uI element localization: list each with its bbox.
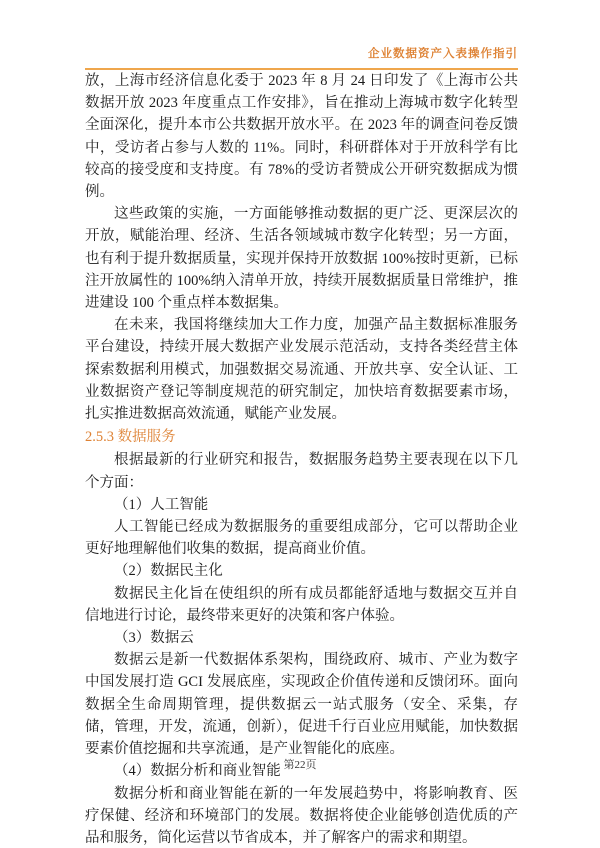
list-item-heading: （1）人工智能 bbox=[85, 494, 518, 516]
paragraph: 数据民主化旨在使组织的所有成员都能舒适地与数据交互并自信地进行讨论，最终带来更好… bbox=[85, 583, 518, 627]
page-footer: 第22页 bbox=[0, 756, 600, 772]
list-item-heading: （3）数据云 bbox=[85, 627, 518, 649]
paragraph-continuation: 放，上海市经济信息化委于 2023 年 8 月 24 日印发了《上海市公共数据开… bbox=[85, 70, 518, 203]
paragraph: 人工智能已经成为数据服务的重要组成部分，它可以帮助企业更好地理解他们收集的数据，… bbox=[85, 516, 518, 560]
section-heading: 2.5.3 数据服务 bbox=[85, 426, 518, 448]
page-header: 企业数据资产入表操作指引 bbox=[85, 44, 518, 70]
paragraph: 数据云是新一代数据体系架构，围绕政府、城市、产业为数字中国发展打造 GCI 发展… bbox=[85, 649, 518, 760]
document-body: 放，上海市经济信息化委于 2023 年 8 月 24 日印发了《上海市公共数据开… bbox=[85, 70, 518, 848]
page-number: 第22页 bbox=[284, 759, 317, 771]
paragraph: 根据最新的行业研究和报告，数据服务趋势主要表现在以下几个方面： bbox=[85, 449, 518, 493]
paragraph: 数据分析和商业智能在新的一年发展趋势中，将影响教育、医疗保健、经济和环境部门的发… bbox=[85, 783, 518, 848]
header-title: 企业数据资产入表操作指引 bbox=[368, 48, 518, 60]
document-page: 企业数据资产入表操作指引 放，上海市经济信息化委于 2023 年 8 月 24 … bbox=[0, 0, 600, 848]
list-item-heading: （2）数据民主化 bbox=[85, 560, 518, 582]
paragraph: 这些政策的实施，一方面能够推动数据的更广泛、更深层次的开放，赋能治理、经济、生活… bbox=[85, 203, 518, 314]
paragraph: 在未来，我国将继续加大工作力度，加强产品主数据标准服务平台建设，持续开展大数据产… bbox=[85, 314, 518, 425]
